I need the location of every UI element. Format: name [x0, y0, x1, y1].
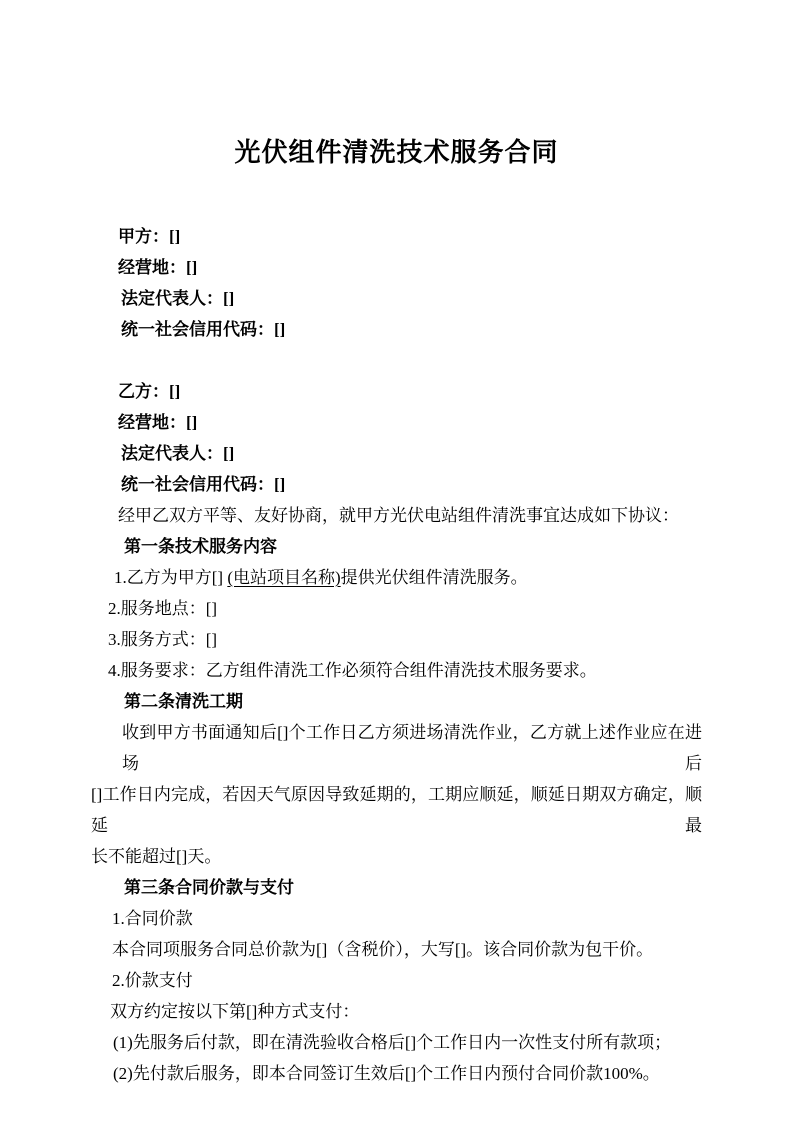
party-b-credit-code-line: 统一社会信用代码：[]	[91, 469, 702, 500]
article3-payment-title-line: 2.价款支付	[91, 965, 702, 996]
party-a-credit-code-line: 统一社会信用代码：[]	[91, 314, 702, 345]
article2-paragraph-line1: 收到甲方书面通知后[]个工作日乙方须进场清洗作业，乙方就上述作业应在进场后	[91, 717, 702, 779]
party-b-address-line: 经营地：[]	[91, 407, 702, 438]
party-a-legal-rep-line: 法定代表人：[]	[91, 283, 702, 314]
party-b-name-line: 乙方：[]	[91, 376, 702, 407]
article3-price-title-line: 1.合同价款	[91, 903, 702, 934]
spacer	[91, 345, 702, 376]
article1-item4-line: 4.服务要求：乙方组件清洗工作必须符合组件清洗技术服务要求。	[91, 655, 702, 686]
party-b-legal-rep-line: 法定代表人：[]	[91, 438, 702, 469]
spacer	[91, 173, 702, 221]
article2-paragraph-line2: []工作日内完成，若因天气原因导致延期的，工期应顺延，顺延日期双方确定，顺延最	[91, 779, 702, 841]
article3-price-body-line: 本合同项服务合同总价款为[]（含税价），大写[]。该合同价款为包干价。	[91, 934, 702, 965]
article3-payment-intro-line: 双方约定按以下第[]种方式支付：	[91, 996, 702, 1027]
article1-item1-station-name-underlined: (电站项目名称)	[227, 568, 340, 587]
document-content: 光伏组件清洗技术服务合同 甲方：[] 经营地：[] 法定代表人：[] 统一社会信…	[91, 0, 702, 1089]
article3-heading: 第三条合同价款与支付	[91, 872, 702, 903]
preamble-line: 经甲乙双方平等、友好协商，就甲方光伏电站组件清洗事宜达成如下协议：	[91, 500, 702, 531]
contract-document-page: 光伏组件清洗技术服务合同 甲方：[] 经营地：[] 法定代表人：[] 统一社会信…	[0, 0, 793, 1122]
article2-heading: 第二条清洗工期	[91, 686, 702, 717]
party-a-name-line: 甲方：[]	[91, 221, 702, 252]
article3-payment-option1-line: (1)先服务后付款，即在清洗验收合格后[]个工作日内一次性支付所有款项；	[91, 1027, 702, 1058]
article1-item2-line: 2.服务地点：[]	[91, 593, 702, 624]
article3-payment-option2-line: (2)先付款后服务，即本合同签订生效后[]个工作日内预付合同价款100%。	[91, 1058, 702, 1089]
article1-heading: 第一条技术服务内容	[91, 531, 702, 562]
article1-item1-line: 1.乙方为甲方[] (电站项目名称)提供光伏组件清洗服务。	[91, 562, 702, 593]
party-a-address-line: 经营地：[]	[91, 252, 702, 283]
article2-paragraph-line3: 长不能超过[]天。	[91, 841, 702, 872]
article1-item1-suffix: 提供光伏组件清洗服务。	[341, 568, 528, 587]
document-title: 光伏组件清洗技术服务合同	[91, 133, 702, 173]
article1-item3-line: 3.服务方式：[]	[91, 624, 702, 655]
article1-item1-prefix: 1.乙方为甲方[]	[114, 568, 227, 587]
